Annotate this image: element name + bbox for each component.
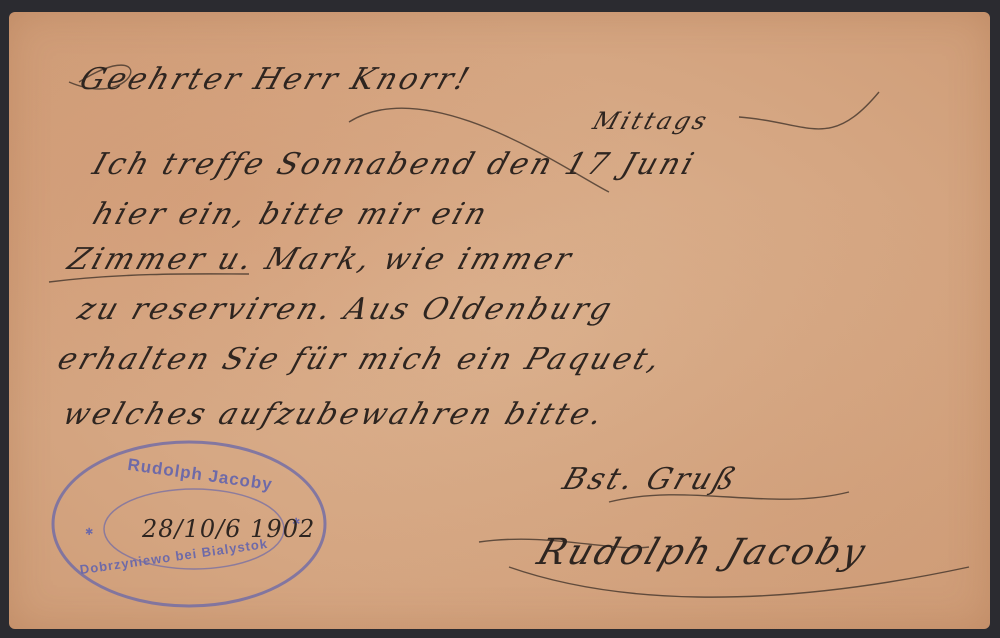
svg-text:✱: ✱ [85,527,93,538]
body-line-2: hier ein, bitte mir ein [88,197,493,232]
body-line-4: zu reserviren. Aus Oldenburg [73,292,618,327]
body-line-6: welches aufzubewahren bitte. [58,397,610,432]
body-line-3: Zimmer u. Mark, wie immer [63,242,578,277]
body-line-1: Ich treffe Sonnabend den 17 Juni [88,147,700,182]
stamp-date: 28/10/6 1902 [142,515,315,543]
insert-mittags: Mittags [589,107,713,135]
closing-line: Bst. Gruß [558,462,743,497]
greeting-line: Geehrter Herr Knorr! [75,62,476,97]
body-line-5: erhalten Sie für mich ein Paquet, [53,342,667,377]
rubber-stamp: ✱ ✱ Rudolph Jacoby 28/10/6 1902 Dobrzyni… [49,437,329,612]
postcard: Geehrter Herr Knorr! Mittags Ich treffe … [9,12,990,629]
signature: Rudolph Jacoby [532,532,873,573]
